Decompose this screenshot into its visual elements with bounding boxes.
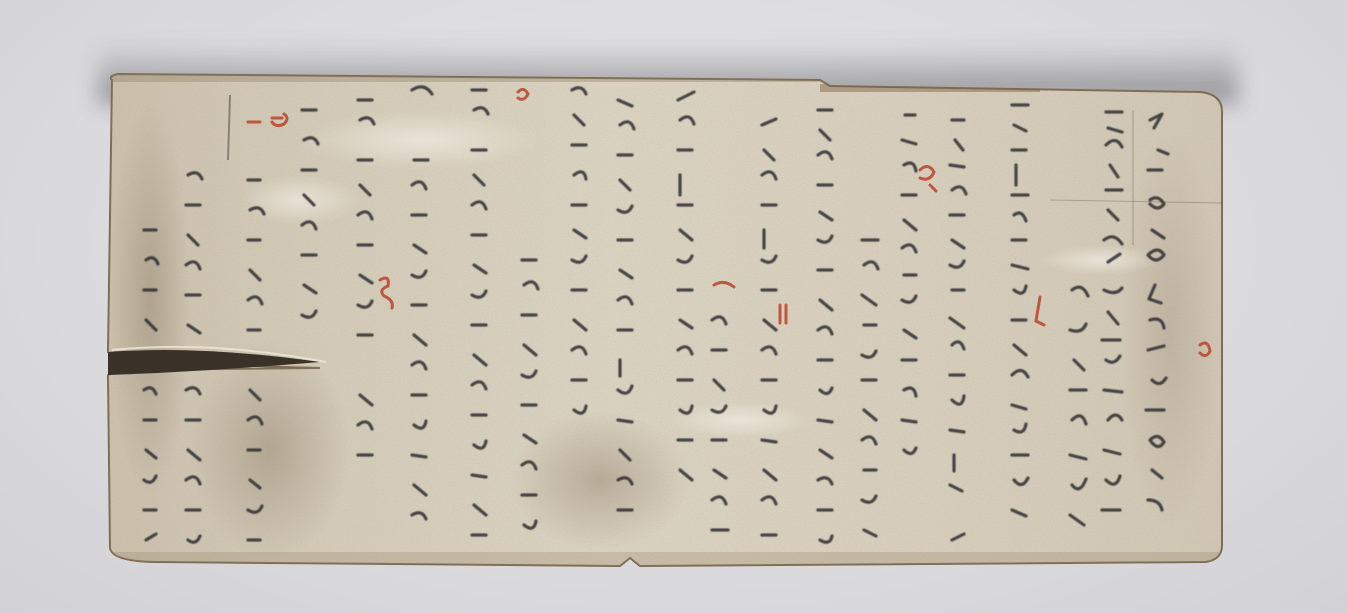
board-surface [100, 70, 1230, 570]
writing-board [0, 0, 1347, 613]
